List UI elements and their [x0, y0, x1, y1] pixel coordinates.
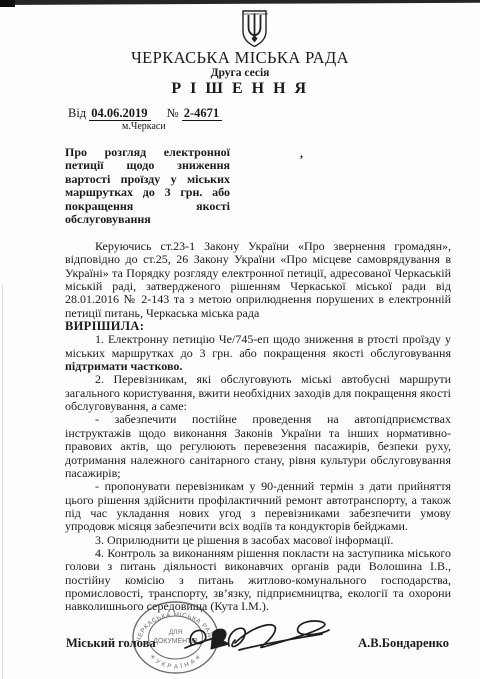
item-3: 3. Оприлюднити це рішення в засобах масо…: [65, 534, 451, 547]
document-body: Керуючись ст.23-1 Закону України «Про зв…: [65, 240, 451, 614]
subject-paragraph: Про розгляд електронної петиції щодо зни…: [65, 146, 230, 226]
doc-type-title: Р І Ш Е Н Н Я: [0, 80, 480, 98]
org-title: ЧЕРКАСЬКА МІСЬКА РАДА: [0, 48, 480, 68]
number-label: №: [167, 106, 179, 120]
document-page: ЧЕРКАСЬКА МІСЬКА РАДА Друга сесія Р І Ш …: [0, 0, 480, 679]
scan-artifact-left-edge: [2, 285, 3, 679]
stamp-center-line1: ДЛЯ: [169, 629, 183, 636]
scan-artifact-corner-blob: [0, 0, 15, 7]
scan-artifact-top-band: [0, 0, 480, 5]
doc-meta-line: Від 04.06.2019 № 2-4671: [68, 106, 222, 121]
date-value: 04.06.2019: [89, 106, 150, 121]
number-value: 2-4671: [182, 106, 222, 121]
scan-artifact-comma: ,: [300, 146, 303, 161]
item-1: 1. Електронну петицію Че/745-еп щодо зни…: [65, 333, 451, 373]
dash-item-1: - забезпечити постійне проведення на авт…: [65, 413, 451, 480]
signer-title: Міський голова: [66, 636, 156, 651]
item-1-bold-part: підтримати частково.: [65, 359, 182, 373]
session-subtitle: Друга сесія: [0, 67, 480, 79]
signer-name: А.В.Бондаренко: [358, 636, 449, 651]
city-label: м.Черкаси: [122, 121, 166, 132]
signature-scribble: [183, 583, 335, 671]
preamble-paragraph: Керуючись ст.23-1 Закону України «Про зв…: [65, 240, 451, 320]
item-1-text: 1. Електронну петицію Че/745-еп щодо зни…: [65, 332, 451, 359]
date-label: Від: [68, 106, 86, 120]
dash-item-2: - пропонувати перевізникам у 90-денний т…: [65, 480, 451, 533]
item-2: 2. Перевізникам, які обслуговують міські…: [65, 373, 451, 413]
trident-emblem-icon: [241, 10, 268, 47]
resolved-heading: ВИРІШИЛА:: [65, 320, 451, 333]
